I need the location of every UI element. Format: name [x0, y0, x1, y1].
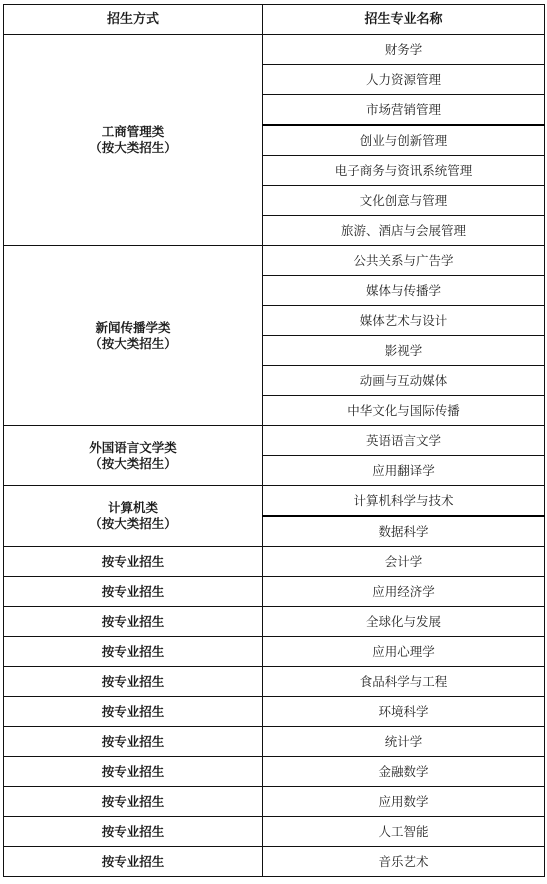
major-cell: 计算机科学与技术 — [263, 486, 545, 517]
major-cell: 应用翻译学 — [263, 456, 545, 486]
major-cell: 人力资源管理 — [263, 65, 545, 95]
header-major-name: 招生专业名称 — [263, 5, 545, 35]
group-method-note: （按大类招生） — [4, 516, 262, 532]
major-cell: 公共关系与广告学 — [263, 246, 545, 276]
method-cell: 按专业招生 — [4, 547, 263, 577]
major-cell: 电子商务与资讯系统管理 — [263, 156, 545, 186]
major-cell: 英语语言文学 — [263, 426, 545, 456]
group-method-note: （按大类招生） — [4, 456, 262, 472]
group-method-cell: 计算机类 （按大类招生） — [4, 486, 263, 547]
major-cell: 环境科学 — [263, 697, 545, 727]
major-cell: 文化创意与管理 — [263, 186, 545, 216]
method-cell: 按专业招生 — [4, 817, 263, 847]
table-row: 工商管理类 （按大类招生） 财务学 — [4, 35, 545, 65]
major-cell: 市场营销管理 — [263, 95, 545, 126]
table-row: 新闻传播学类 （按大类招生） 公共关系与广告学 — [4, 246, 545, 276]
major-cell: 中华文化与国际传播 — [263, 396, 545, 426]
group-method-cell: 工商管理类 （按大类招生） — [4, 35, 263, 246]
group-method-note: （按大类招生） — [4, 140, 262, 156]
major-cell: 媒体与传播学 — [263, 276, 545, 306]
method-cell: 按专业招生 — [4, 577, 263, 607]
table-row: 按专业招生 应用数学 — [4, 787, 545, 817]
major-cell: 应用经济学 — [263, 577, 545, 607]
major-cell: 人工智能 — [263, 817, 545, 847]
table-row: 按专业招生 应用经济学 — [4, 577, 545, 607]
table-row: 外国语言文学类 （按大类招生） 英语语言文学 — [4, 426, 545, 456]
table-row: 计算机类 （按大类招生） 计算机科学与技术 — [4, 486, 545, 517]
method-cell: 按专业招生 — [4, 757, 263, 787]
method-cell: 按专业招生 — [4, 787, 263, 817]
group-method-note: （按大类招生） — [4, 336, 262, 352]
major-cell: 全球化与发展 — [263, 607, 545, 637]
major-cell: 旅游、酒店与会展管理 — [263, 216, 545, 246]
table-row: 按专业招生 环境科学 — [4, 697, 545, 727]
method-cell: 按专业招生 — [4, 607, 263, 637]
table-row: 按专业招生 会计学 — [4, 547, 545, 577]
group-method-title: 工商管理类 — [4, 124, 262, 140]
major-cell: 动画与互动媒体 — [263, 366, 545, 396]
group-method-title: 新闻传播学类 — [4, 320, 262, 336]
major-cell: 应用数学 — [263, 787, 545, 817]
major-cell: 会计学 — [263, 547, 545, 577]
table-row: 按专业招生 全球化与发展 — [4, 607, 545, 637]
group-method-cell: 外国语言文学类 （按大类招生） — [4, 426, 263, 486]
header-row: 招生方式 招生专业名称 — [4, 5, 545, 35]
method-cell: 按专业招生 — [4, 667, 263, 697]
group-method-title: 计算机类 — [4, 500, 262, 516]
method-cell: 按专业招生 — [4, 697, 263, 727]
major-cell: 金融数学 — [263, 757, 545, 787]
table-row: 按专业招生 人工智能 — [4, 817, 545, 847]
method-cell: 按专业招生 — [4, 637, 263, 667]
major-cell: 创业与创新管理 — [263, 125, 545, 156]
major-cell: 影视学 — [263, 336, 545, 366]
major-cell: 财务学 — [263, 35, 545, 65]
table-row: 按专业招生 音乐艺术 — [4, 847, 545, 877]
table-row: 按专业招生 金融数学 — [4, 757, 545, 787]
table-row: 按专业招生 应用心理学 — [4, 637, 545, 667]
major-cell: 应用心理学 — [263, 637, 545, 667]
major-cell: 媒体艺术与设计 — [263, 306, 545, 336]
major-cell: 数据科学 — [263, 516, 545, 547]
major-cell: 音乐艺术 — [263, 847, 545, 877]
method-cell: 按专业招生 — [4, 727, 263, 757]
table-row: 按专业招生 统计学 — [4, 727, 545, 757]
table-row: 按专业招生 食品科学与工程 — [4, 667, 545, 697]
admissions-majors-table: 招生方式 招生专业名称 工商管理类 （按大类招生） 财务学 人力资源管理 市场营… — [3, 4, 545, 877]
header-admission-method: 招生方式 — [4, 5, 263, 35]
group-method-title: 外国语言文学类 — [4, 440, 262, 456]
method-cell: 按专业招生 — [4, 847, 263, 877]
major-cell: 食品科学与工程 — [263, 667, 545, 697]
major-cell: 统计学 — [263, 727, 545, 757]
group-method-cell: 新闻传播学类 （按大类招生） — [4, 246, 263, 426]
